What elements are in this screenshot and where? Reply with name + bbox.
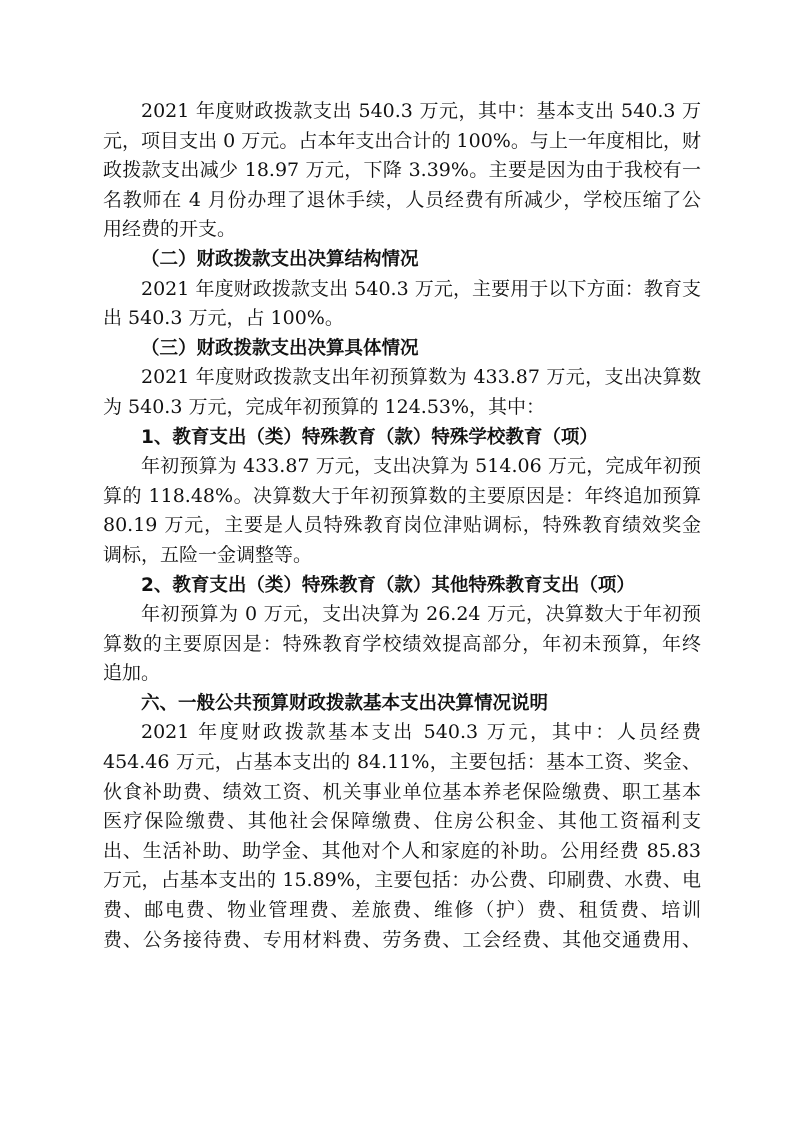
text-line: 80.19 万元，主要是人员特殊教育岗位津贴调标，特殊教育绩效奖金 <box>103 511 701 541</box>
text-line: 政拨款支出减少 18.97 万元，下降 3.39%。主要是因为由于我校有一 <box>103 156 701 186</box>
text-line: 为 540.3 万元，完成年初预算的 124.53%，其中： <box>103 393 701 423</box>
section-heading-details: （三）财政拨款支出决算具体情况 <box>103 334 701 364</box>
text-line: 算的 118.48%。决算数大于年初预算数的主要原因是：年终追加预算 <box>103 482 701 512</box>
text-line: 用经费的开支。 <box>103 215 701 245</box>
text-line: 费、邮电费、物业管理费、差旅费、维修（护）费、租赁费、培训 <box>103 896 701 926</box>
text-line: 2021 年度财政拨款支出 540.3 万元，主要用于以下方面：教育支 <box>103 275 701 305</box>
paragraph-expenditure-summary: 2021 年度财政拨款支出 540.3 万元，其中：基本支出 540.3 万 元… <box>103 97 701 245</box>
text-line: 年初预算为 0 万元，支出决算为 26.24 万元，决算数大于年初预 <box>103 600 701 630</box>
text-line: 追加。 <box>103 659 701 689</box>
paragraph-structure: 2021 年度财政拨款支出 540.3 万元，主要用于以下方面：教育支 出 54… <box>103 275 701 334</box>
text-line: 出 540.3 万元，占 100%。 <box>103 304 701 334</box>
section-heading-basic-expenditure: 六、一般公共预算财政拨款基本支出决算情况说明 <box>103 689 701 719</box>
paragraph-other-special-education: 年初预算为 0 万元，支出决算为 26.24 万元，决算数大于年初预 算数的主要… <box>103 600 701 689</box>
text-line: 元，项目支出 0 万元。占本年支出合计的 100%。与上一年度相比，财 <box>103 127 701 157</box>
text-line: 伙食补助费、绩效工资、机关事业单位基本养老保险缴费、职工基本 <box>103 778 701 808</box>
section-heading-structure: （二）财政拨款支出决算结构情况 <box>103 245 701 275</box>
text-line: 454.46 万元，占基本支出的 84.11%，主要包括：基本工资、奖金、 <box>103 748 701 778</box>
subsection-heading-special-school-education: 1、教育支出（类）特殊教育（款）特殊学校教育（项） <box>103 423 701 453</box>
text-line: 算数的主要原因是：特殊教育学校绩效提高部分，年初未预算，年终 <box>103 630 701 660</box>
paragraph-details: 2021 年度财政拨款支出年初预算数为 433.87 万元，支出决算数 为 54… <box>103 363 701 422</box>
document-page: 2021 年度财政拨款支出 540.3 万元，其中：基本支出 540.3 万 元… <box>103 97 701 955</box>
text-line: 出、生活补助、助学金、其他对个人和家庭的补助。公用经费 85.83 <box>103 837 701 867</box>
text-line: 名教师在 4 月份办理了退休手续，人员经费有所减少，学校压缩了公 <box>103 186 701 216</box>
text-line: 2021 年度财政拨款支出年初预算数为 433.87 万元，支出决算数 <box>103 363 701 393</box>
text-line: 医疗保险缴费、其他社会保障缴费、住房公积金、其他工资福利支 <box>103 807 701 837</box>
text-line: 调标，五险一金调整等。 <box>103 541 701 571</box>
text-line: 年初预算为 433.87 万元，支出决算为 514.06 万元，完成年初预 <box>103 452 701 482</box>
paragraph-basic-expenditure: 2021 年度财政拨款基本支出 540.3 万元，其中：人员经费 454.46 … <box>103 718 701 955</box>
text-line: 万元，占基本支出的 15.89%，主要包括：办公费、印刷费、水费、电 <box>103 866 701 896</box>
paragraph-special-school-education: 年初预算为 433.87 万元，支出决算为 514.06 万元，完成年初预 算的… <box>103 452 701 570</box>
text-line: 2021 年度财政拨款基本支出 540.3 万元，其中：人员经费 <box>103 718 701 748</box>
text-line: 费、公务接待费、专用材料费、劳务费、工会经费、其他交通费用、 <box>103 926 701 956</box>
subsection-heading-other-special-education: 2、教育支出（类）特殊教育（款）其他特殊教育支出（项） <box>103 571 701 601</box>
text-line: 2021 年度财政拨款支出 540.3 万元，其中：基本支出 540.3 万 <box>103 97 701 127</box>
